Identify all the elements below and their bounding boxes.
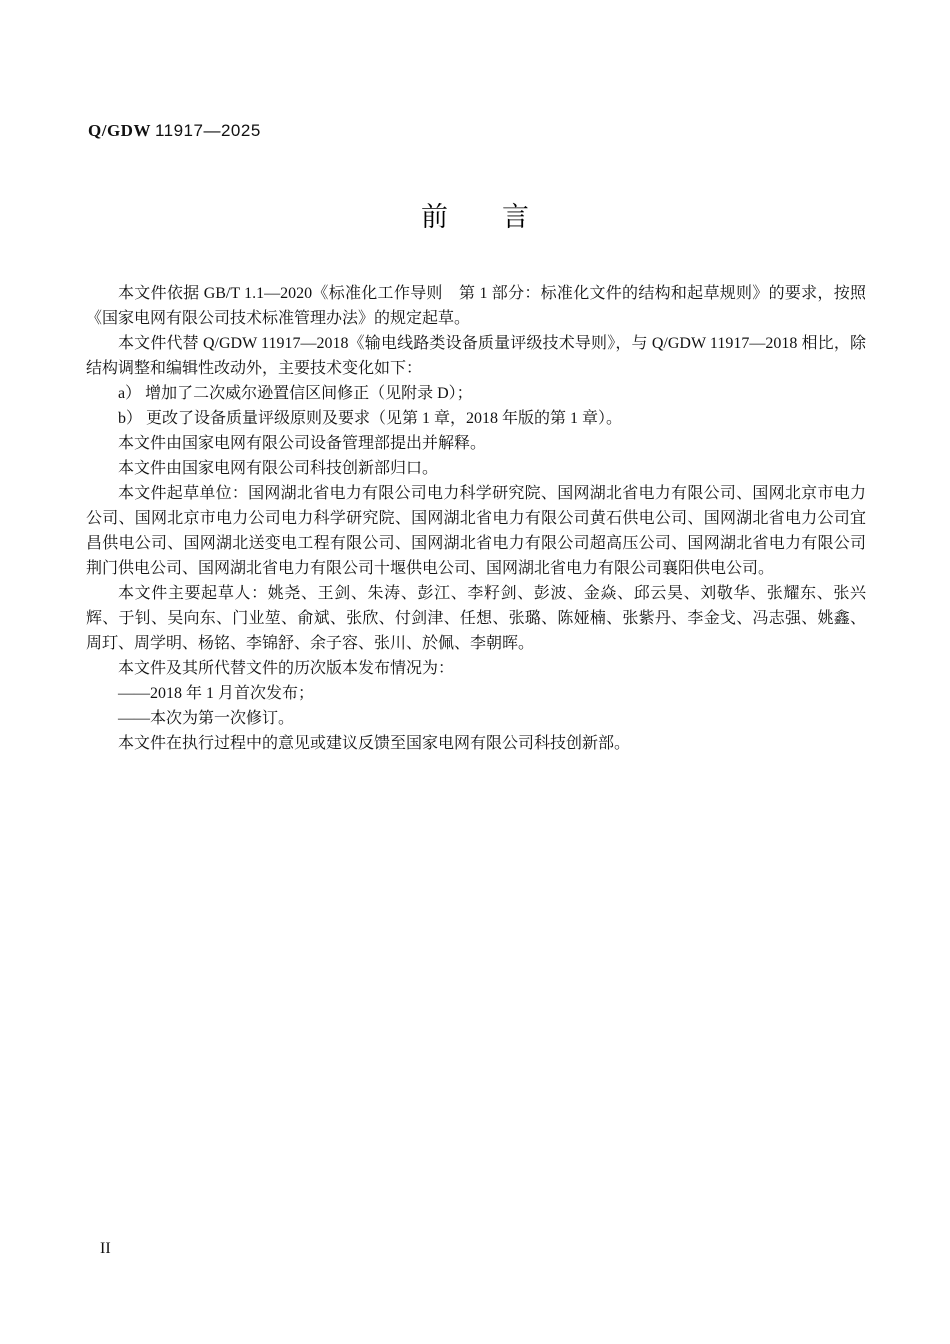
foreword-list-item-a: a） 增加了二次威尔逊置信区间修正（见附录 D）；	[86, 381, 866, 406]
foreword-history-item: ——本次为第一次修订。	[86, 706, 866, 731]
foreword-history-item: ——2018 年 1 月首次发布；	[86, 681, 866, 706]
foreword-paragraph: 本文件由国家电网有限公司科技创新部归口。	[86, 456, 866, 481]
standard-code-header: Q/GDW11917—2025	[88, 121, 261, 141]
foreword-drafters: 本文件主要起草人：姚尧、王剑、朱涛、彭江、李籽剑、彭波、金焱、邱云昊、刘敬华、张…	[86, 581, 866, 656]
foreword-list-item-b: b） 更改了设备质量评级原则及要求（见第 1 章，2018 年版的第 1 章）。	[86, 406, 866, 431]
foreword-paragraph: 本文件及其所代替文件的历次版本发布情况为：	[86, 656, 866, 681]
foreword-paragraph: 本文件代替 Q/GDW 11917—2018《输电线路类设备质量评级技术导则》，…	[86, 331, 866, 381]
foreword-paragraph: 本文件在执行过程中的意见或建议反馈至国家电网有限公司科技创新部。	[86, 731, 866, 756]
foreword-drafting-units: 本文件起草单位：国网湖北省电力有限公司电力科学研究院、国网湖北省电力有限公司、国…	[86, 481, 866, 581]
document-page: Q/GDW11917—2025 前 言 本文件依据 GB/T 1.1—2020《…	[0, 0, 950, 1344]
foreword-paragraph: 本文件由国家电网有限公司设备管理部提出并解释。	[86, 431, 866, 456]
standard-code-prefix: Q/GDW	[88, 121, 151, 140]
standard-code-number: 11917—2025	[155, 121, 261, 140]
foreword-paragraph: 本文件依据 GB/T 1.1—2020《标准化工作导则 第 1 部分：标准化文件…	[86, 281, 866, 331]
foreword-body: 本文件依据 GB/T 1.1—2020《标准化工作导则 第 1 部分：标准化文件…	[86, 281, 866, 756]
foreword-title: 前 言	[0, 201, 950, 233]
page-number: II	[100, 1240, 111, 1258]
